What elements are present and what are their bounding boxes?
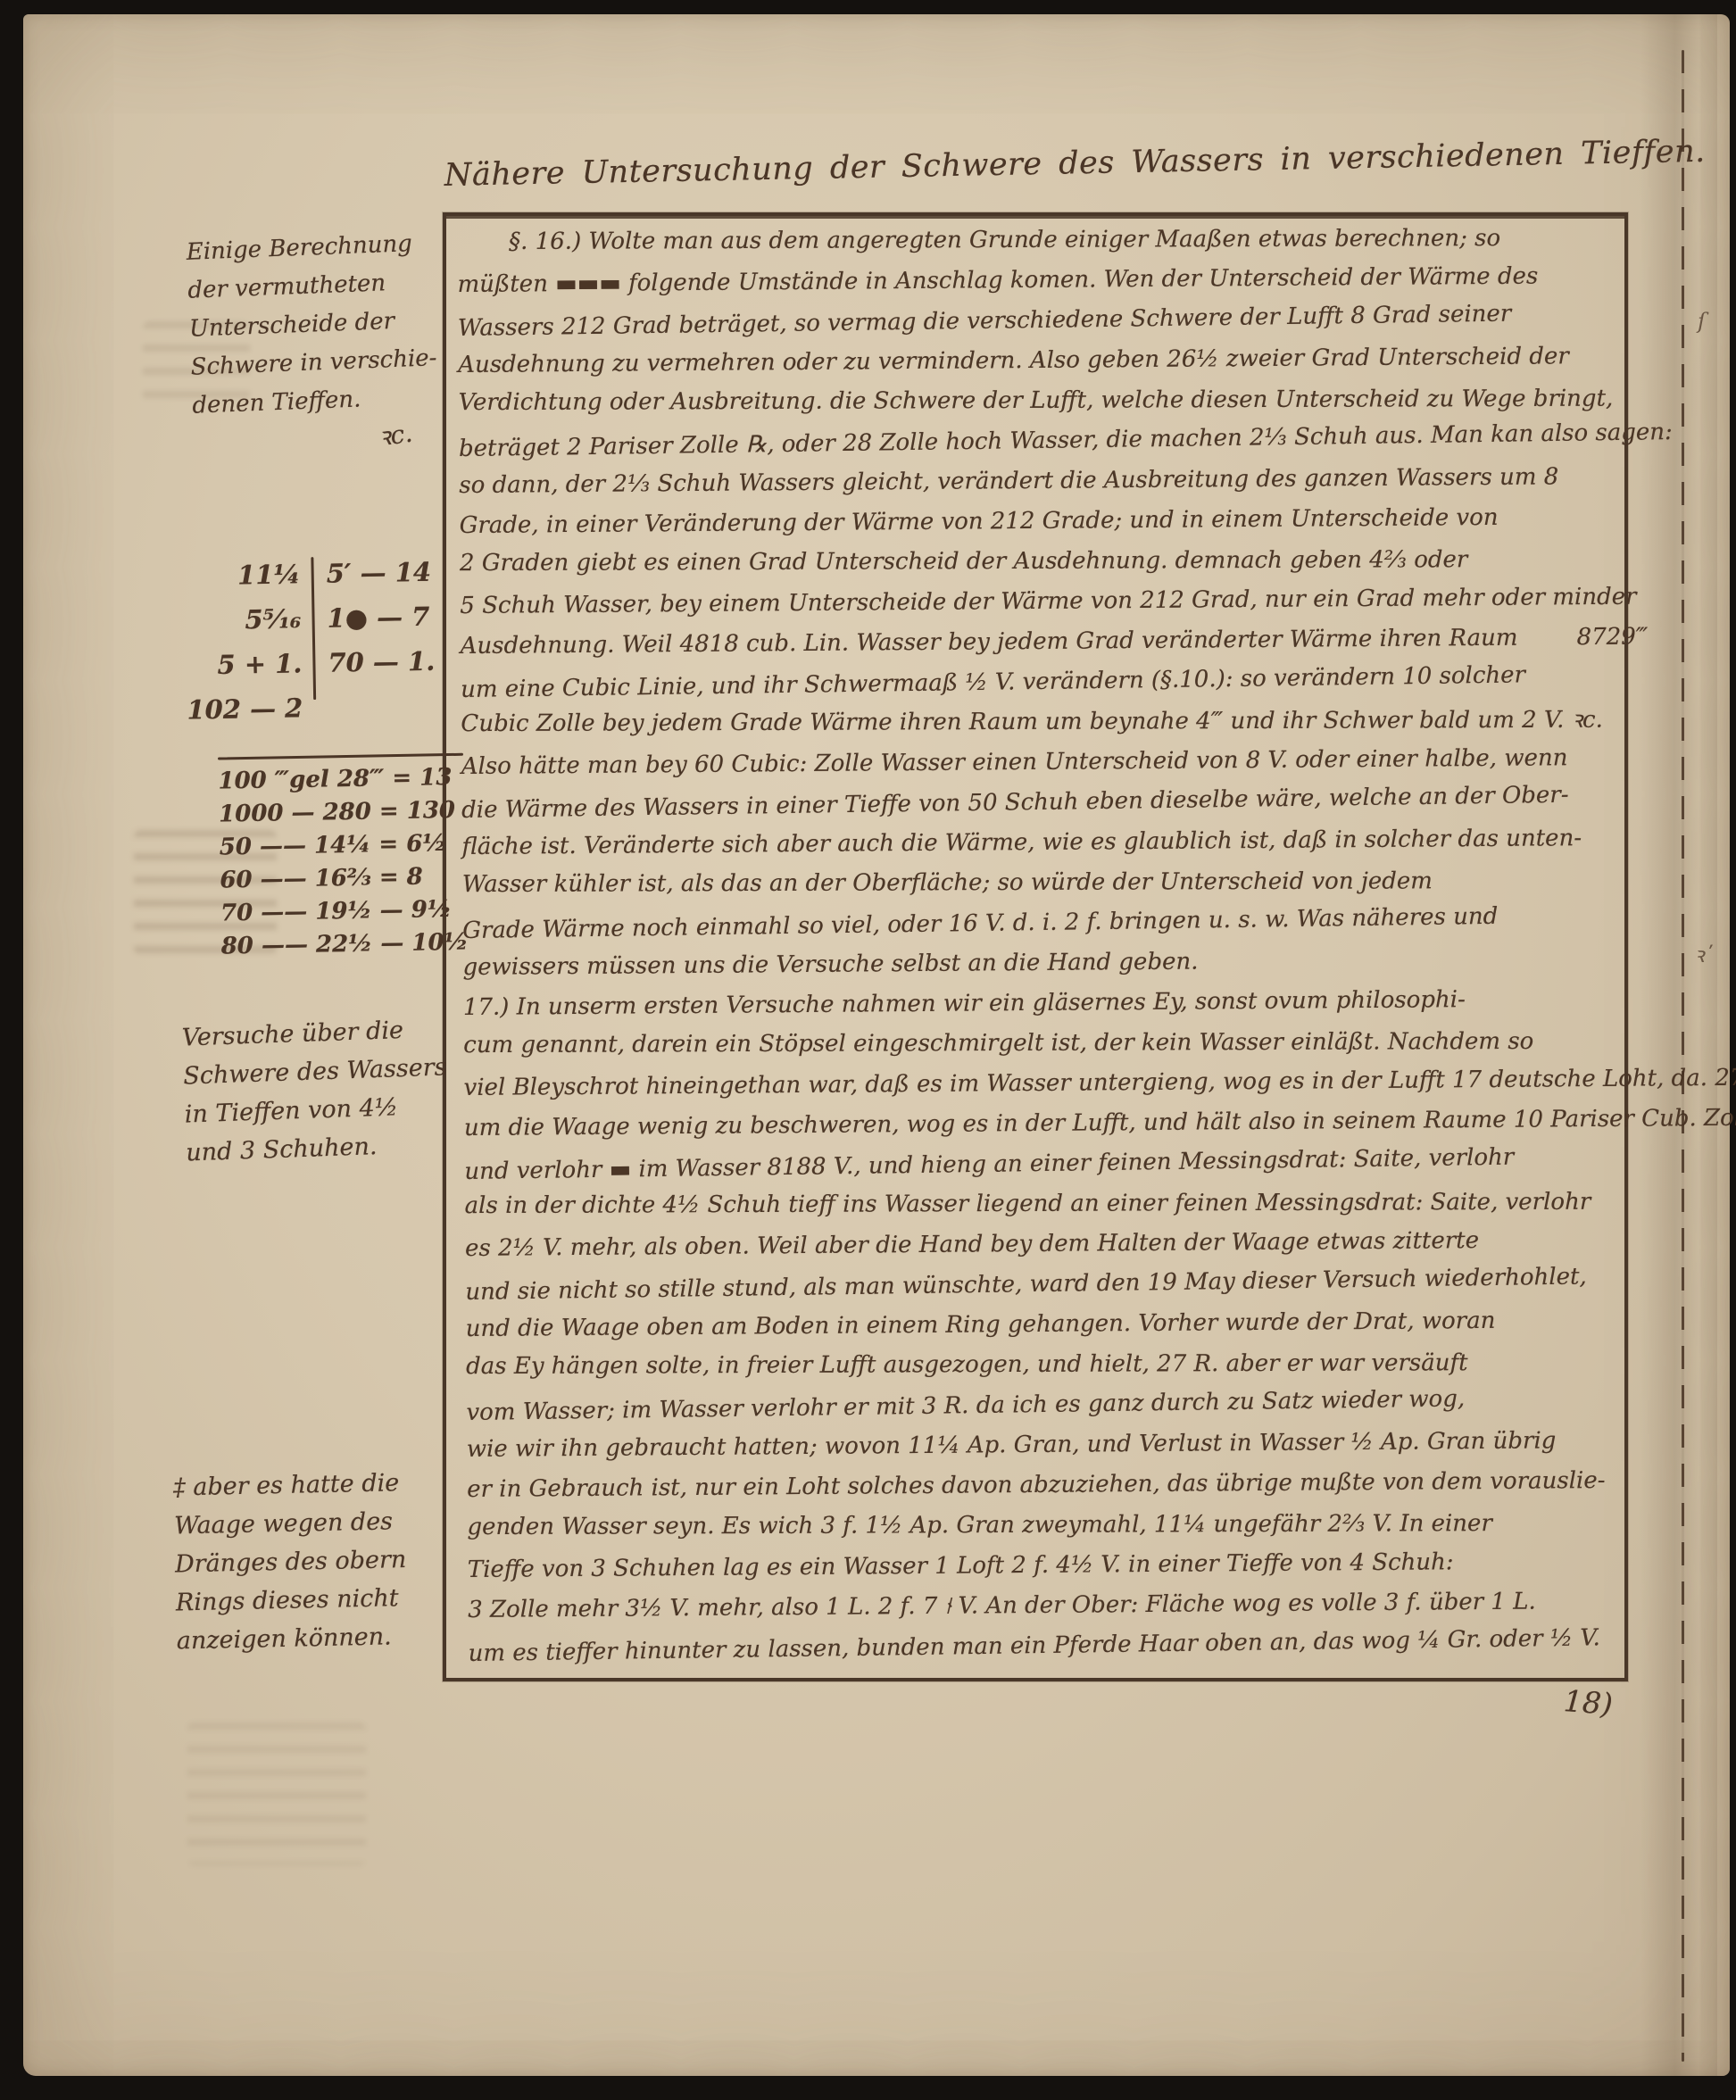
manuscript-text-line: er in Gebrauch ist, nur ein Loht solches… <box>467 1461 1645 1510</box>
manuscript-text-line: als in der dichte 4½ Schuh tieff ins Was… <box>465 1182 1643 1226</box>
margin-note-experiments: Versuche über dieSchwere des Wassersin T… <box>181 1008 472 1172</box>
figure-value: 5 + 1. <box>179 641 303 687</box>
margin-note-line: Waage wegen des <box>174 1501 469 1546</box>
margin-note-calculation: Einige Berechnungder vermuthetenUntersch… <box>186 223 461 425</box>
figure-value: 5′ — 14 <box>326 550 434 596</box>
page-number: 18) <box>1563 1683 1614 1722</box>
figure-table-row: 80 —— 22½ — 10½ <box>220 925 480 963</box>
margin-note-line: Rings dieses nicht <box>175 1578 470 1623</box>
manuscript-text-line: Grade, in einer Veränderung der Wärme vo… <box>459 497 1637 546</box>
margin-note-line: anzeigen können. <box>176 1616 471 1661</box>
manuscript-scan: Nähere Untersuchung der Schwere des Wass… <box>0 0 1736 2100</box>
margin-note-footnote: ‡ aber es hatte dieWaage wegen desDränge… <box>173 1463 471 1661</box>
manuscript-text-line: 17.) In unserm ersten Versuche nahmen wi… <box>463 979 1641 1028</box>
manuscript-text-line: Cubic Zolle bey jedem Grade Wärme ihren … <box>461 700 1639 744</box>
adjacent-page-text-sliver: ſ <box>1698 303 1706 339</box>
manuscript-text-line: §. 16.) Wolte man aus dem angeregten Gru… <box>457 219 1635 263</box>
margin-etc-mark: ꝛc. <box>377 416 415 454</box>
figure-table-row: 100 ‴gel 28‴ = 13 <box>218 760 478 798</box>
manuscript-text-line: 2 Graden giebt es einen Grad Unterscheid… <box>460 540 1638 585</box>
figure-pairs-left-column: 11¼5⁵⁄₁₆5 + 1.102 — 2 <box>177 552 313 733</box>
margin-figure-pairs: 11¼5⁵⁄₁₆5 + 1.102 — 2 5′ — 141● — 770 — … <box>177 549 456 732</box>
page-edge-crease <box>1682 50 1684 2062</box>
figure-pairs-right-column: 5′ — 141● — 770 — 1. <box>313 550 436 730</box>
margin-note-line: Dränges des obern <box>175 1540 470 1584</box>
figure-value: 11¼ <box>177 552 301 598</box>
figure-value: 5⁵⁄₁₆ <box>178 596 302 643</box>
figure-table-row: 70 —— 19½ — 9½ <box>220 892 480 930</box>
main-text-block: §. 16.) Wolte man aus dem angeregten Gru… <box>457 216 1647 1671</box>
figure-value: 102 — 2 <box>179 685 303 732</box>
manuscript-text-line: genden Wasser seyn. Es wich 3 f. 1½ Ap. … <box>467 1503 1645 1548</box>
figure-table-row: 1000 — 280 = 130 <box>219 793 478 831</box>
manuscript-text-line: cum genannt, darein ein Stöpsel eingesch… <box>463 1021 1641 1066</box>
figure-table-rows: 100 ‴gel 28‴ = 131000 — 280 = 13050 —— 1… <box>218 760 480 963</box>
margin-figure-table: 100 ‴gel 28‴ = 131000 — 280 = 13050 —— 1… <box>218 752 480 963</box>
margin-note-line: ‡ aber es hatte die <box>173 1463 469 1507</box>
figure-table-row: 60 —— 16⅔ = 8 <box>220 859 479 897</box>
adjacent-page-text-sliver: ꝛ ̕ <box>1694 937 1711 973</box>
figure-value: 70 — 1. <box>328 639 436 685</box>
figure-table-row: 50 —— 14¼ = 6½ <box>219 826 478 864</box>
figure-value: 1● — 7 <box>327 594 435 641</box>
